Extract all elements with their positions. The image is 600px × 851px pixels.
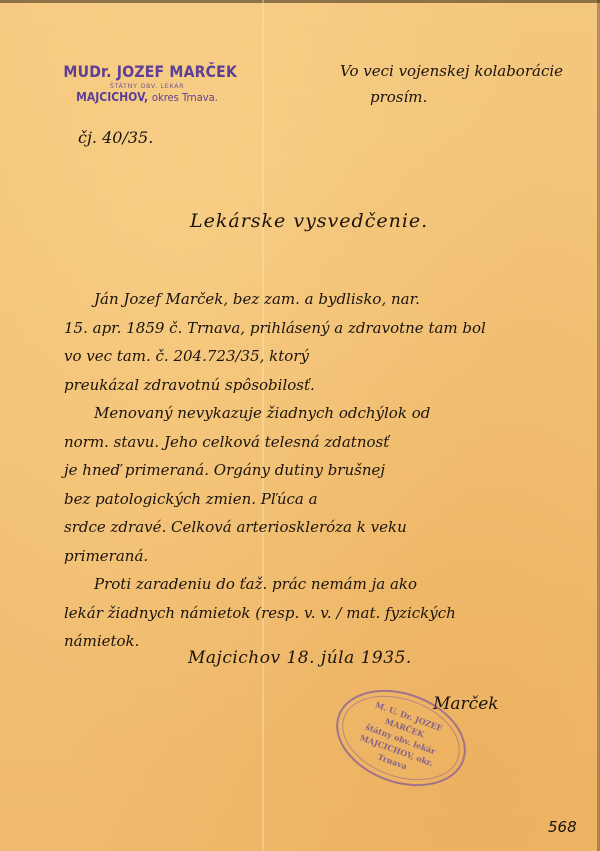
note-line: prosím. <box>340 84 563 110</box>
body-line: lekár žiadnych námietok (resp. v. v. / m… <box>64 599 486 628</box>
stamp-district: okres Trnava. <box>152 91 218 104</box>
stamp-title: ŠTÁTNY OBV. LEKÁR <box>52 82 242 90</box>
body-line: 15. apr. 1859 č. Trnava, prihlásený a zd… <box>64 314 486 343</box>
body-line: srdce zdravé. Celková arterioskleróza k … <box>64 513 486 542</box>
body-line: vo vec tam. č. 204.723/35, ktorý <box>64 342 486 371</box>
body-line: preukázal zdravotnú spôsobilosť. <box>64 371 486 400</box>
note-line: Vo veci vojenskej kolaborácie <box>340 58 563 84</box>
round-official-stamp: M. U. Dr. JOZEF MARČEK štátny obv. lekár… <box>323 673 480 803</box>
stamp-doctor-name: MUDr. JOZEF MARČEK <box>63 62 230 81</box>
document-page: MUDr. JOZEF MARČEK ŠTÁTNY OBV. LEKÁR MAJ… <box>0 0 600 851</box>
document-heading: Lekárske vysvedčenie. <box>190 210 428 232</box>
scan-edge-top <box>0 0 600 3</box>
body-line: norm. stavu. Jeho celková telesná zdatno… <box>64 428 486 457</box>
certificate-body: Ján Jozef Marček, bez zam. a bydlisko, n… <box>64 285 486 656</box>
body-line: Proti zaradeniu do ťaž. prác nemám ja ak… <box>64 570 486 599</box>
body-line: je hneď primeraná. Orgány dutiny brušnej <box>64 456 486 485</box>
body-line: Menovaný nevykazuje žiadnych odchýlok od <box>64 399 486 428</box>
reference-number: čj. 40/35. <box>78 128 153 147</box>
letterhead-stamp: MUDr. JOZEF MARČEK ŠTÁTNY OBV. LEKÁR MAJ… <box>52 62 242 104</box>
body-line: bez patologických zmien. Pľúca a <box>64 485 486 514</box>
place-and-date: Majcichov 18. júla 1935. <box>188 648 412 668</box>
body-line: primeraná. <box>64 542 486 571</box>
stamp-town: MAJCICHOV, <box>76 90 148 104</box>
folio-number: 568 <box>548 818 577 836</box>
body-line: Ján Jozef Marček, bez zam. a bydlisko, n… <box>64 285 486 314</box>
signature: Marček <box>433 694 499 714</box>
top-handwritten-note: Vo veci vojenskej kolaborácie prosím. <box>340 58 563 110</box>
stamp-place: MAJCICHOV, okres Trnava. <box>62 90 233 104</box>
